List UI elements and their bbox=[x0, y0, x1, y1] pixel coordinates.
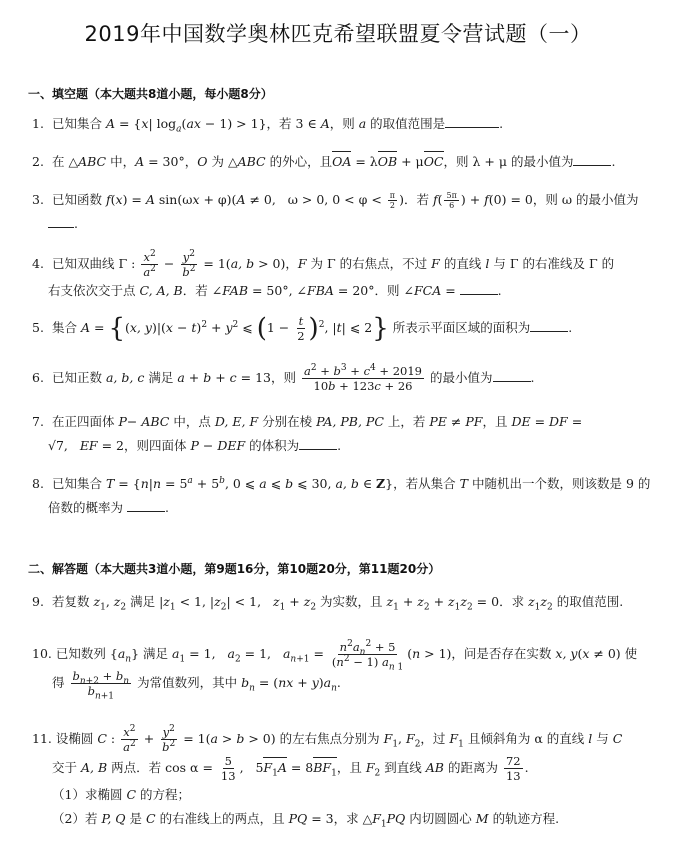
question-9: 9. 若复数 z1, z2 满足 |z1 < 1, |z2| < 1, z1 +… bbox=[32, 590, 664, 614]
question-10: 10. 已知数列 {an} 满足 a1 = 1, a2 = 1, an+1 = … bbox=[32, 640, 664, 698]
question-1: 1. 已知集合 A = {x| loga(ax − 1) > 1}，若 3 ∈ … bbox=[32, 112, 664, 136]
question-3: 3. 已知函数 f(x) = A sin(ωx + φ)(A ≠ 0, ω > … bbox=[32, 188, 664, 236]
question-11-part-1: （1）求椭圆 C 的方程； bbox=[32, 783, 664, 807]
question-11-part-2: （2）若 P, Q 是 C 的右准线上的两点，且 PQ = 3，求 △F1PQ … bbox=[32, 807, 664, 831]
question-5: 5. 集合 A = {(x, y)|(x − t)2 + y2 ⩽ (1 − t… bbox=[32, 314, 664, 343]
question-8: 8. 已知集合 T = {n|n = 5a + 5b, 0 ⩽ a ⩽ b ⩽ … bbox=[32, 472, 664, 520]
question-4: 4. 已知双曲线 Γ : x2a2 − y2b2 = 1(a, b > 0)，F… bbox=[32, 250, 664, 303]
question-6: 6. 已知正数 a, b, c 满足 a + b + c = 13，则 a2 +… bbox=[32, 364, 664, 393]
question-2: 2. 在 △ABC 中，A = 30°，O 为 △ABC 的外心，且OA = λ… bbox=[32, 150, 664, 174]
question-11: 11. 设椭圆 C : x2a2 + y2b2 = 1(a > b > 0) 的… bbox=[32, 725, 664, 831]
answer-blank bbox=[445, 117, 499, 128]
section-heading-fill-in: 一、填空题（本大题共8道小题，每小题8分） bbox=[28, 85, 273, 102]
section-heading-answer: 二、解答题（本大题共3道小题，第9题16分，第10题20分，第11题20分） bbox=[28, 560, 440, 577]
page-title: 2019年中国数学奥林匹克希望联盟夏令营试题（一） bbox=[0, 18, 676, 48]
question-7: 7. 在正四面体 P− ABC 中，点 D, E, F 分别在棱 PA, PB,… bbox=[32, 410, 664, 458]
